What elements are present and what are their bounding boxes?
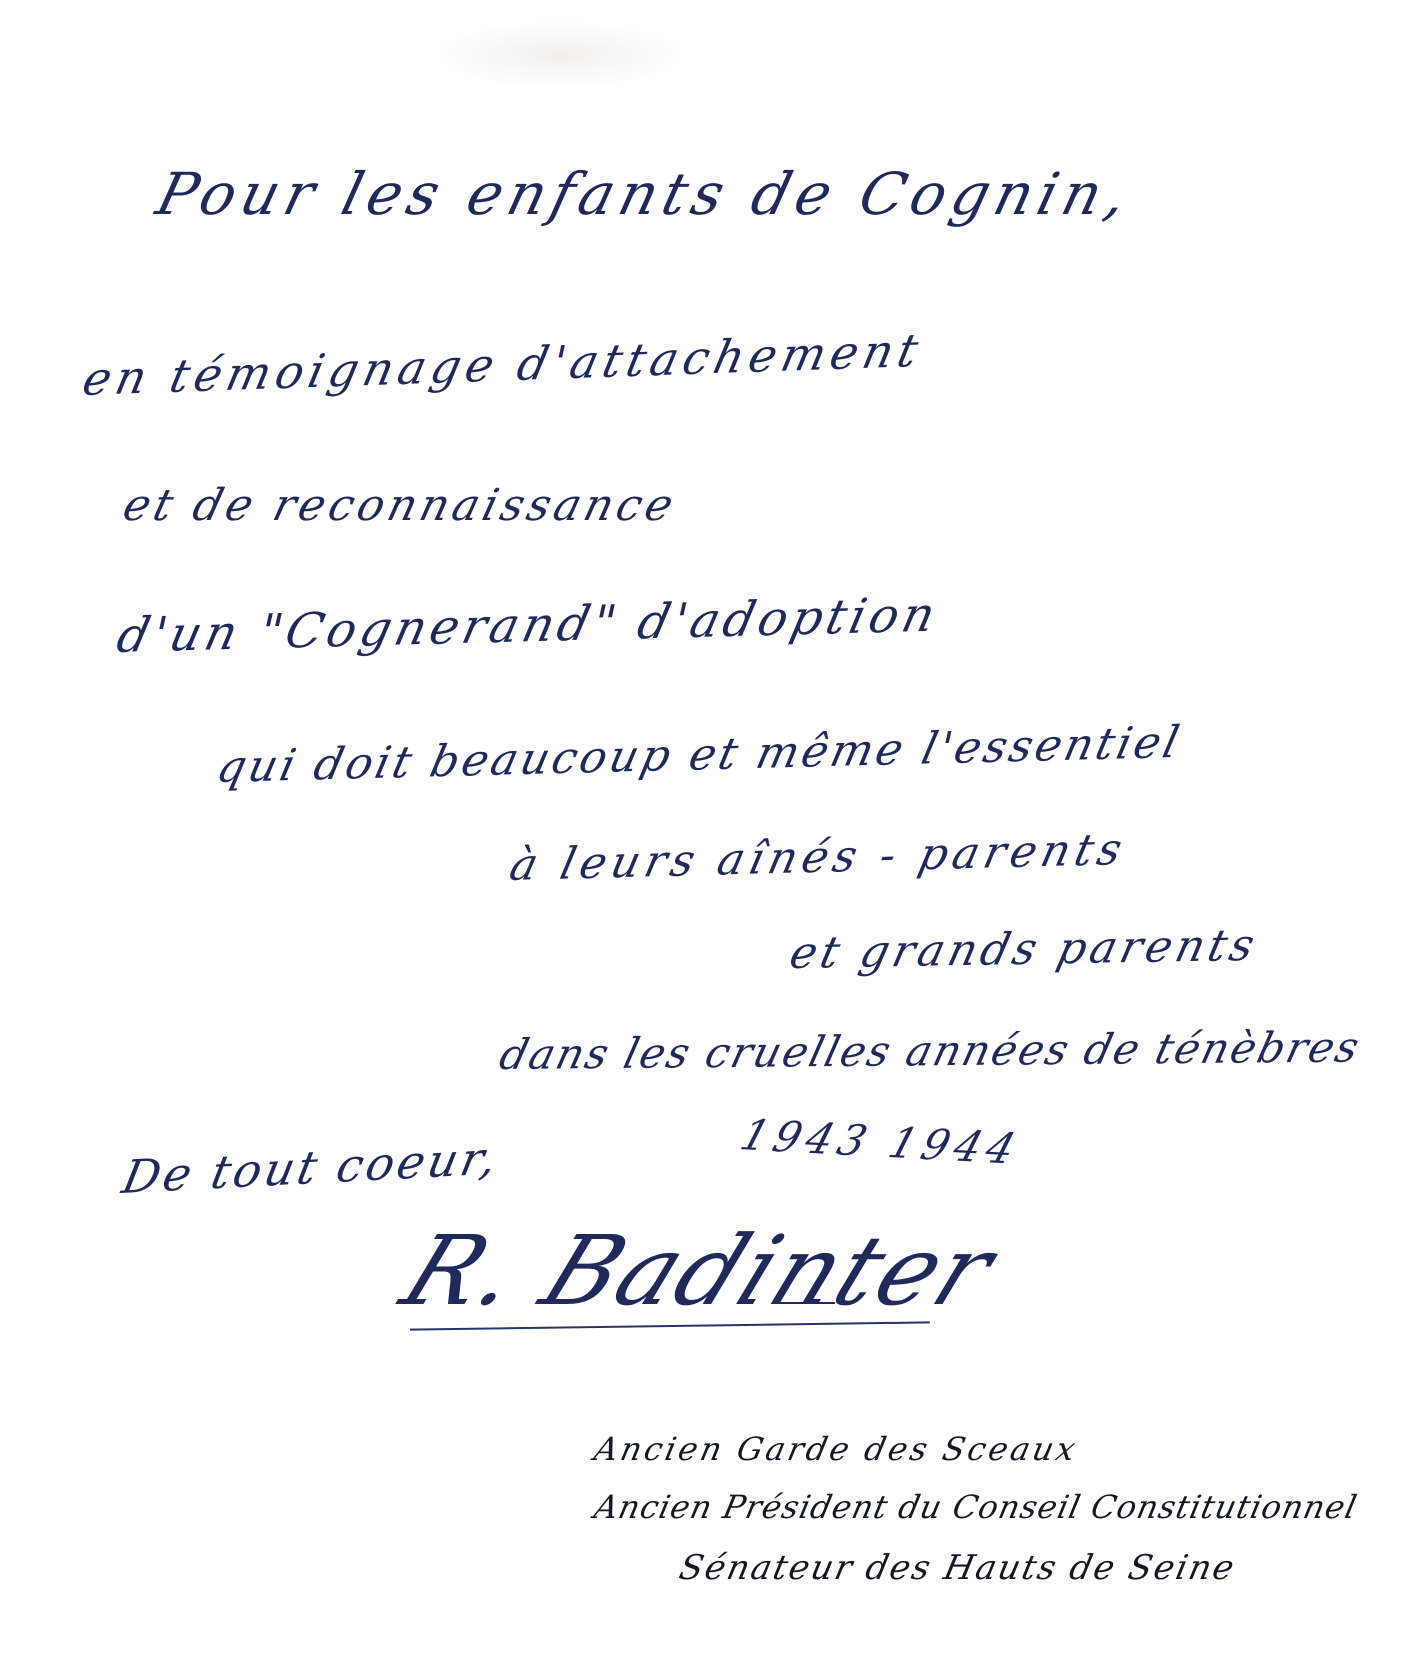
signature-flourish (775, 1302, 835, 1304)
body-line: qui doit beaucoup et même l'essentiel (212, 717, 1186, 793)
date-line: 1943 1944 (735, 1110, 1027, 1174)
paper-smudge (430, 20, 690, 90)
closing-line: De tout coeur, (118, 1131, 504, 1204)
signature: R. Badinter (380, 1205, 940, 1365)
title-line: Ancien Garde des Sceaux (591, 1430, 1082, 1468)
salutation-line: Pour les enfants de Cognin, (150, 160, 1140, 228)
body-line: et grands parents (785, 920, 1263, 979)
title-line: Sénateur des Hauts de Seine (676, 1548, 1240, 1588)
signature-text: R. Badinter (387, 1215, 1011, 1327)
body-line: à leurs aînés - parents (505, 824, 1132, 891)
body-line: et de reconnaissance (118, 480, 682, 531)
letter-page: Pour les enfants de Cognin, en témoignag… (0, 0, 1409, 1661)
body-line: d'un "Cognerand" d'adoption (112, 587, 944, 664)
title-line: Ancien Président du Conseil Constitution… (591, 1488, 1361, 1526)
body-line: en témoignage d'attachement (78, 323, 928, 406)
body-line: dans les cruelles années de ténèbres (495, 1023, 1366, 1079)
